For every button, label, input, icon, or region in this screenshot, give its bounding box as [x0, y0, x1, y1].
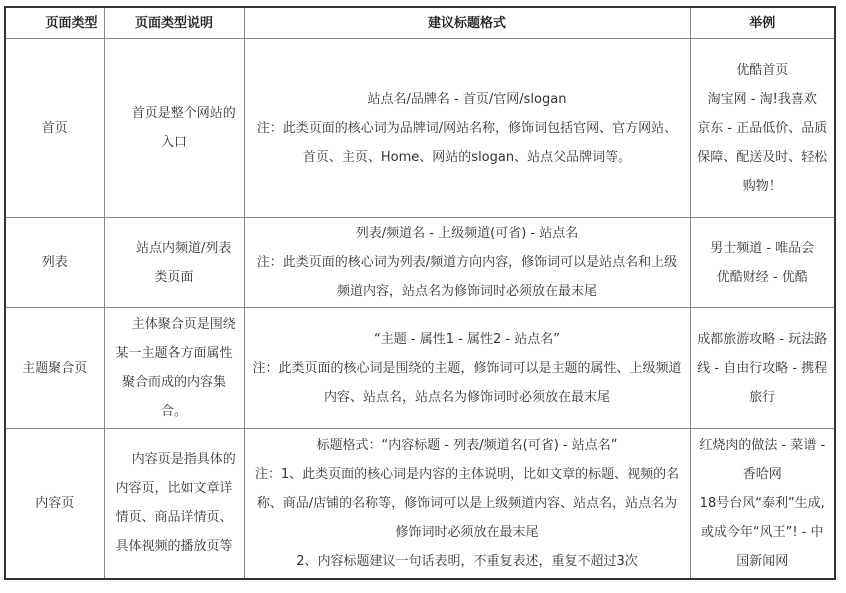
- format-note: 2、内容标题建议一句话表明，不重复表述，重复不超过3次: [251, 547, 684, 576]
- example-item: 优酷首页: [697, 56, 829, 85]
- header-page-type: 页面类型: [5, 7, 104, 39]
- example-item: 淘宝网 - 淘!我喜欢: [697, 85, 829, 114]
- header-suggested-title-format: 建议标题格式: [244, 7, 690, 39]
- format-note: 注：1、此类页面的核心词是内容的主体说明，比如文章的标题、视频的名称、商品/店铺…: [251, 460, 684, 547]
- format-line: 站点名/品牌名 - 首页/官网/slogan: [251, 85, 684, 114]
- table-row-homepage: 首页 首页是整个网站的入口 站点名/品牌名 - 首页/官网/slogan 注：此…: [5, 39, 835, 218]
- example-item: 红烧肉的做法 - 菜谱 - 香哈网: [697, 431, 829, 489]
- page-type-cell: 首页: [5, 39, 104, 218]
- page-type-cell: 主题聚合页: [5, 308, 104, 429]
- format-note: 注：此类页面的核心词是围绕的主题，修饰词可以是主题的属性、上级频道内容、站点名，…: [251, 354, 684, 412]
- format-line: 标题格式：“内容标题 - 列表/频道名(可省) - 站点名”: [251, 431, 684, 460]
- table-row-content: 内容页 内容页是指具体的内容页，比如文章详情页、商品详情页、具体视频的播放页等 …: [5, 429, 835, 579]
- format-cell: “主题 - 属性1 - 属性2 - 站点名” 注：此类页面的核心词是围绕的主题，…: [244, 308, 690, 429]
- format-cell: 列表/频道名 - 上级频道(可省) - 站点名 注：此类页面的核心词为列表/频道…: [244, 218, 690, 308]
- header-example: 举例: [690, 7, 835, 39]
- example-item: 成都旅游攻略 - 玩法路线 - 自由行攻略 - 携程旅行: [697, 325, 829, 412]
- example-cell: 成都旅游攻略 - 玩法路线 - 自由行攻略 - 携程旅行: [690, 308, 835, 429]
- seo-title-format-table: 页面类型 页面类型说明 建议标题格式 举例 首页 首页是整个网站的入口 站点名/…: [4, 6, 836, 580]
- table-row-topic-aggregation: 主题聚合页 主体聚合页是围绕某一主题各方面属性聚合而成的内容集合。 “主题 - …: [5, 308, 835, 429]
- format-line: “主题 - 属性1 - 属性2 - 站点名”: [251, 325, 684, 354]
- description-cell: 主体聚合页是围绕某一主题各方面属性聚合而成的内容集合。: [104, 308, 244, 429]
- example-item: 男士频道 - 唯品会: [697, 234, 829, 263]
- description-cell: 内容页是指具体的内容页，比如文章详情页、商品详情页、具体视频的播放页等: [104, 429, 244, 579]
- header-row: 页面类型 页面类型说明 建议标题格式 举例: [5, 7, 835, 39]
- format-cell: 站点名/品牌名 - 首页/官网/slogan 注：此类页面的核心词为品牌词/网站…: [244, 39, 690, 218]
- example-cell: 红烧肉的做法 - 菜谱 - 香哈网 18号台风“泰利”生成,或成今年“风王”! …: [690, 429, 835, 579]
- table-row-list: 列表 站点内频道/列表类页面 列表/频道名 - 上级频道(可省) - 站点名 注…: [5, 218, 835, 308]
- header-page-type-description: 页面类型说明: [104, 7, 244, 39]
- format-cell: 标题格式：“内容标题 - 列表/频道名(可省) - 站点名” 注：1、此类页面的…: [244, 429, 690, 579]
- example-item: 优酷财经 - 优酷: [697, 263, 829, 292]
- description-cell: 站点内频道/列表类页面: [104, 218, 244, 308]
- page-type-cell: 内容页: [5, 429, 104, 579]
- example-item: 18号台风“泰利”生成,或成今年“风王”! - 中国新闻网: [697, 489, 829, 576]
- format-note: 注：此类页面的核心词为列表/频道方向内容，修饰词可以是站点名和上级频道内容，站点…: [251, 248, 684, 306]
- description-cell: 首页是整个网站的入口: [104, 39, 244, 218]
- example-cell: 男士频道 - 唯品会 优酷财经 - 优酷: [690, 218, 835, 308]
- format-note: 注：此类页面的核心词为品牌词/网站名称，修饰词包括官网、官方网站、首页、主页、H…: [251, 114, 684, 172]
- example-cell: 优酷首页 淘宝网 - 淘!我喜欢 京东 - 正品低价、品质保障、配送及时、轻松购…: [690, 39, 835, 218]
- page-type-cell: 列表: [5, 218, 104, 308]
- example-item: 京东 - 正品低价、品质保障、配送及时、轻松购物！: [697, 114, 829, 201]
- format-line: 列表/频道名 - 上级频道(可省) - 站点名: [251, 219, 684, 248]
